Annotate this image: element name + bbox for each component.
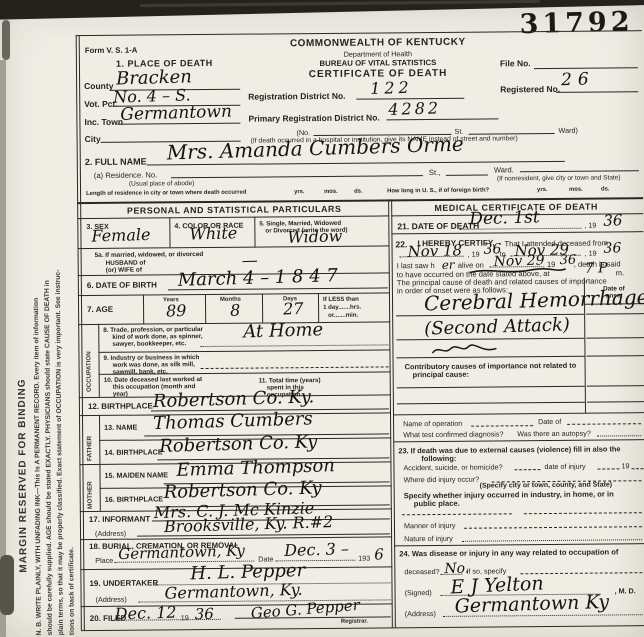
informant-address-value: Brooksville, Ky. R.#2 [164, 512, 334, 536]
informant-label: 17. INFORMANT [89, 514, 150, 524]
primary-district-value: 4282 [388, 98, 441, 119]
attended-year2-value: 36 [603, 240, 621, 257]
contributory-line [397, 402, 585, 405]
burial-date-value: Dec. 3 – [284, 539, 349, 560]
section-rule [393, 439, 644, 442]
father-side-label: FATHER [86, 419, 93, 461]
operation-blank [471, 425, 533, 427]
accident-blank [514, 469, 540, 470]
undertaker-address-label: (Address) [96, 595, 127, 604]
illegible-scribble [468, 264, 568, 277]
burial-year-pre: 193 [358, 554, 370, 563]
manner-of-injury-label: Manner of injury [404, 521, 456, 530]
margin-nb-line1: N. B. WRITE PLAINLY, WITH UNFADING INK—T… [31, 47, 43, 635]
father-name-label: 13. NAME [104, 423, 137, 432]
occupation-question-text-1: 24. Was disease or injury in any way rel… [399, 547, 618, 558]
margin-nb-line2: should be carefully supplied. AGE should… [42, 47, 54, 635]
dod-year-value: 36 [603, 211, 623, 230]
occupation-side-label: OCCUPATION [85, 330, 93, 392]
cell-rule [318, 293, 319, 322]
residence-label: (a) Residence. No. [94, 170, 157, 180]
age-label: 7. AGE [87, 305, 113, 314]
county-label: County [84, 81, 113, 91]
age-months-value: 8 [230, 301, 241, 320]
section-rule [394, 543, 644, 546]
margin-nb-line4: tions on back of certificate. [68, 480, 76, 635]
attended-year1-pre: , 19 [468, 250, 480, 259]
industry-blank [201, 366, 389, 369]
filed-date-value: Dec. 12 [114, 603, 176, 624]
personal-title-rule [77, 215, 389, 219]
residence-no-blank [171, 175, 423, 178]
burial-place-value: Germantown, Ky [118, 541, 245, 563]
where-injury-note: (Specify city or town, county, and State… [480, 481, 613, 489]
cell-rule [262, 293, 263, 322]
autopsy-label: Was there an autopsy? [517, 429, 591, 439]
scan-artifact [0, 60, 6, 637]
signed-label: (Signed) [405, 588, 432, 597]
unit-yrs-2: yrs. [537, 187, 548, 193]
occurred-time-value: 7 P [585, 260, 608, 277]
father-birthplace-value: Robertson Co. Ky [159, 431, 318, 457]
full-name-label: 2. FULL NAME [85, 157, 147, 168]
onset-line [587, 401, 644, 403]
injury-date-label: date of injury [544, 462, 585, 471]
age-less-note-3: or.......min. [328, 312, 358, 319]
onset-line [586, 355, 644, 357]
commonwealth-title: COMMONWEALTH OF KENTUCKY [253, 36, 503, 49]
personal-section-title: PERSONAL AND STATISTICAL PARTICULARS [81, 203, 387, 216]
form-bottom-rule [81, 625, 644, 631]
date-of-birth-label: 6. DATE OF BIRTH [87, 280, 157, 290]
accident-label: Accident, suicide, or homicide? [403, 462, 502, 472]
length-residence-label: Length of residence in city or town wher… [86, 190, 246, 197]
nature-of-injury-label: Nature of injury [404, 534, 453, 543]
item-22-number: 22. [395, 239, 407, 249]
residence-st-blank [446, 175, 488, 176]
section-rule [393, 412, 644, 415]
unit-mos-2: mos. [569, 187, 583, 193]
autopsy-blank [597, 435, 641, 436]
age-years-value: 89 [166, 301, 187, 321]
physician-address-label: (Address) [405, 609, 436, 618]
unit-yrs: yrs. [294, 189, 305, 195]
filed-year-pre: 19 [181, 613, 189, 622]
sex-value: Female [91, 225, 151, 246]
manner-of-injury-blank [464, 526, 642, 529]
mother-name-label: 15. MAIDEN NAME [104, 470, 168, 480]
date-of-operation-label: Date of [538, 417, 561, 426]
color-race-value: White [189, 223, 237, 243]
husband-label-3: (or) WIFE of [106, 267, 142, 274]
burial-place-label: Place [95, 556, 113, 565]
cell-rule [254, 217, 255, 247]
inc-town-label: Inc. Town [84, 117, 123, 127]
registered-no-label: Registered No. [500, 84, 560, 95]
cause-secondary-value: (Second Attack) [424, 314, 570, 339]
unit-mos: mos. [324, 189, 338, 195]
scan-artifact [0, 555, 14, 615]
contributory-line [397, 386, 585, 389]
marital-value: Widow [287, 226, 342, 247]
date-of-death-value: Dec. 1st [469, 207, 540, 229]
row-rule [78, 321, 390, 325]
injury-19-blank [631, 468, 643, 469]
certificate-stamp-number: 31792 [519, 6, 634, 40]
registration-district-value: 122 [370, 78, 413, 98]
injury-19-label: 19 [621, 461, 629, 470]
occupation-answer-value: No. [444, 560, 469, 577]
illegible-scribble [430, 342, 500, 357]
residence-ward-blank [520, 170, 639, 172]
burial-year-value: 6 [374, 545, 384, 563]
age-days-value: 27 [283, 299, 304, 319]
contributory-text-2: principal cause: [413, 370, 469, 379]
registered-no-value: 26 [561, 69, 595, 90]
scan-artifact [2, 20, 10, 60]
operation-label: Name of operation [403, 419, 462, 429]
nonresident-note: (If nonresident, give city or town and S… [497, 174, 621, 182]
city-ward-label: Ward) [558, 126, 577, 135]
primary-district-label: Primary Registration District No. [248, 112, 379, 123]
side-strip-rule [98, 324, 100, 397]
age-less-note-2: 1 day.......hrs. [323, 304, 361, 311]
row-rule [98, 349, 390, 353]
row-rule [391, 231, 643, 234]
trade-blank [200, 344, 388, 347]
undertaker-label: 19. UNDERTAKER [89, 578, 158, 588]
city-label: City [85, 134, 101, 144]
filed-year-value: 36 [194, 605, 214, 624]
abode-note: (Usual place of abode) [129, 180, 194, 188]
where-injury-label: Where did injury occur? [404, 475, 480, 485]
registrar-label: Registrar. [341, 619, 368, 625]
specify-blank [524, 512, 642, 514]
age-less-note-1: If LESS than [323, 296, 359, 303]
registered-no-blank [556, 91, 638, 93]
margin-nb-line3: plain terms, so that it may be properly … [53, 47, 65, 635]
last-saw-text-1: I last saw h [397, 261, 435, 270]
cell-rule [143, 295, 144, 324]
full-name-value: Mrs. Amanda Cumbers Orme [166, 132, 464, 165]
trade-label-3: sawyer, bookkeeper, etc. [112, 340, 186, 348]
specify-injury-text-2: public place. [414, 499, 460, 508]
injury-date-blank [597, 468, 619, 469]
father-name-value: Thomas Cumbers [153, 408, 313, 434]
cell-rule [205, 294, 206, 323]
birthplace-label: 12. BIRTHPLACE [88, 401, 153, 411]
husband-label-1: 5a. If married, widowed, or divorced [95, 251, 204, 259]
unit-ds-2: ds. [601, 186, 610, 192]
test-confirmed-label: What test confirmed diagnosis? [403, 429, 503, 439]
md-label: , M. D. [615, 586, 636, 595]
dod-year-pre: , 19 [584, 221, 596, 230]
mother-side-label: MOTHER [86, 467, 93, 509]
foreign-birth-label: How long in U. S., if of foreign birth? [387, 188, 489, 195]
external-causes-text-2: following: [421, 454, 456, 463]
scanned-death-certificate: 31792 MARGIN RESERVED FOR BINDING N. B. … [0, 0, 644, 637]
date-of-operation-blank [567, 423, 641, 425]
form-number: Form V. S. 1-A [85, 46, 138, 55]
specify-blank [402, 513, 512, 515]
cell-rule [169, 217, 170, 247]
residence-st-label: St., [429, 168, 440, 177]
last-saw-her: er [441, 258, 454, 272]
nature-of-injury-blank [462, 539, 642, 542]
row-rule [78, 245, 390, 249]
primary-district-blank [386, 118, 498, 120]
physician-address-value: Germantown Ky [454, 591, 609, 618]
father-birthplace-label: 14. BIRTHPLACE [104, 447, 162, 457]
unit-ds: ds. [354, 189, 363, 195]
residence-ward-label: Ward. [494, 165, 514, 174]
informant-address-label: (Address) [95, 529, 126, 538]
file-no-label: File No. [500, 58, 531, 68]
margin-binding-note: MARGIN RESERVED FOR BINDING [15, 233, 29, 573]
occurred-m-label: m. [616, 268, 625, 277]
onset-line [587, 385, 644, 387]
onset-line [586, 313, 644, 315]
onset-line [586, 337, 644, 339]
trade-value: At Home [243, 319, 323, 342]
occupation-question-text-2: deceased? [404, 567, 439, 576]
inc-town-value: Germantown [120, 102, 232, 125]
attended-year2-pre: , 19 [585, 249, 597, 258]
registration-district-label: Registration District No. [248, 91, 345, 102]
